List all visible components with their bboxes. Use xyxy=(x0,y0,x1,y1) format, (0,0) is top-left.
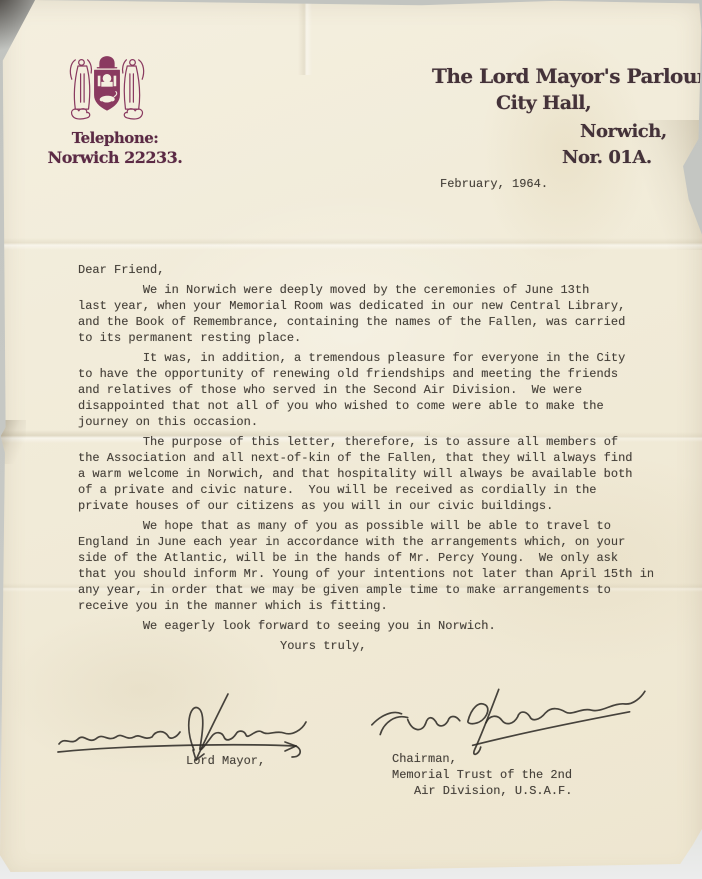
chairman-title: Chairman, xyxy=(392,751,457,767)
norwich-coat-of-arms-icon xyxy=(62,44,152,132)
address-line-parlour: The Lord Mayor's Parlour, xyxy=(432,64,702,88)
address-line-postcode: Nor. 01A. xyxy=(562,147,652,168)
closing-line: Yours truly, xyxy=(78,638,670,654)
salutation: Dear Friend, xyxy=(78,262,670,278)
paragraph-1: We in Norwich were deeply moved by the c… xyxy=(78,282,670,346)
chairman-org-line2: Air Division, U.S.A.F. xyxy=(414,783,572,799)
paragraph-5: We eagerly look forward to seeing you in… xyxy=(78,618,670,634)
crease-vertical-top xyxy=(298,0,312,75)
paragraph-4: We hope that as many of you as possible … xyxy=(78,518,670,614)
address-line-city-hall: City Hall, xyxy=(496,92,591,114)
letter-paper: Telephone: Norwich 22233. The Lord Mayor… xyxy=(0,0,702,879)
paragraph-3: The purpose of this letter, therefore, i… xyxy=(78,434,670,514)
chairman-org-line: Memorial Trust of the 2nd xyxy=(392,767,572,783)
lord-mayor-title: Lord Mayor, xyxy=(186,753,265,769)
date-line: February, 1964. xyxy=(440,176,548,192)
letter-body: Dear Friend, We in Norwich were deeply m… xyxy=(78,262,670,654)
paragraph-2: It was, in addition, a tremendous pleasu… xyxy=(78,350,670,430)
telephone-number: Norwich 22233. xyxy=(30,148,200,167)
telephone-label: Telephone: xyxy=(40,129,190,147)
address-line-norwich: Norwich, xyxy=(580,121,667,142)
fold-crease-top xyxy=(0,238,702,250)
